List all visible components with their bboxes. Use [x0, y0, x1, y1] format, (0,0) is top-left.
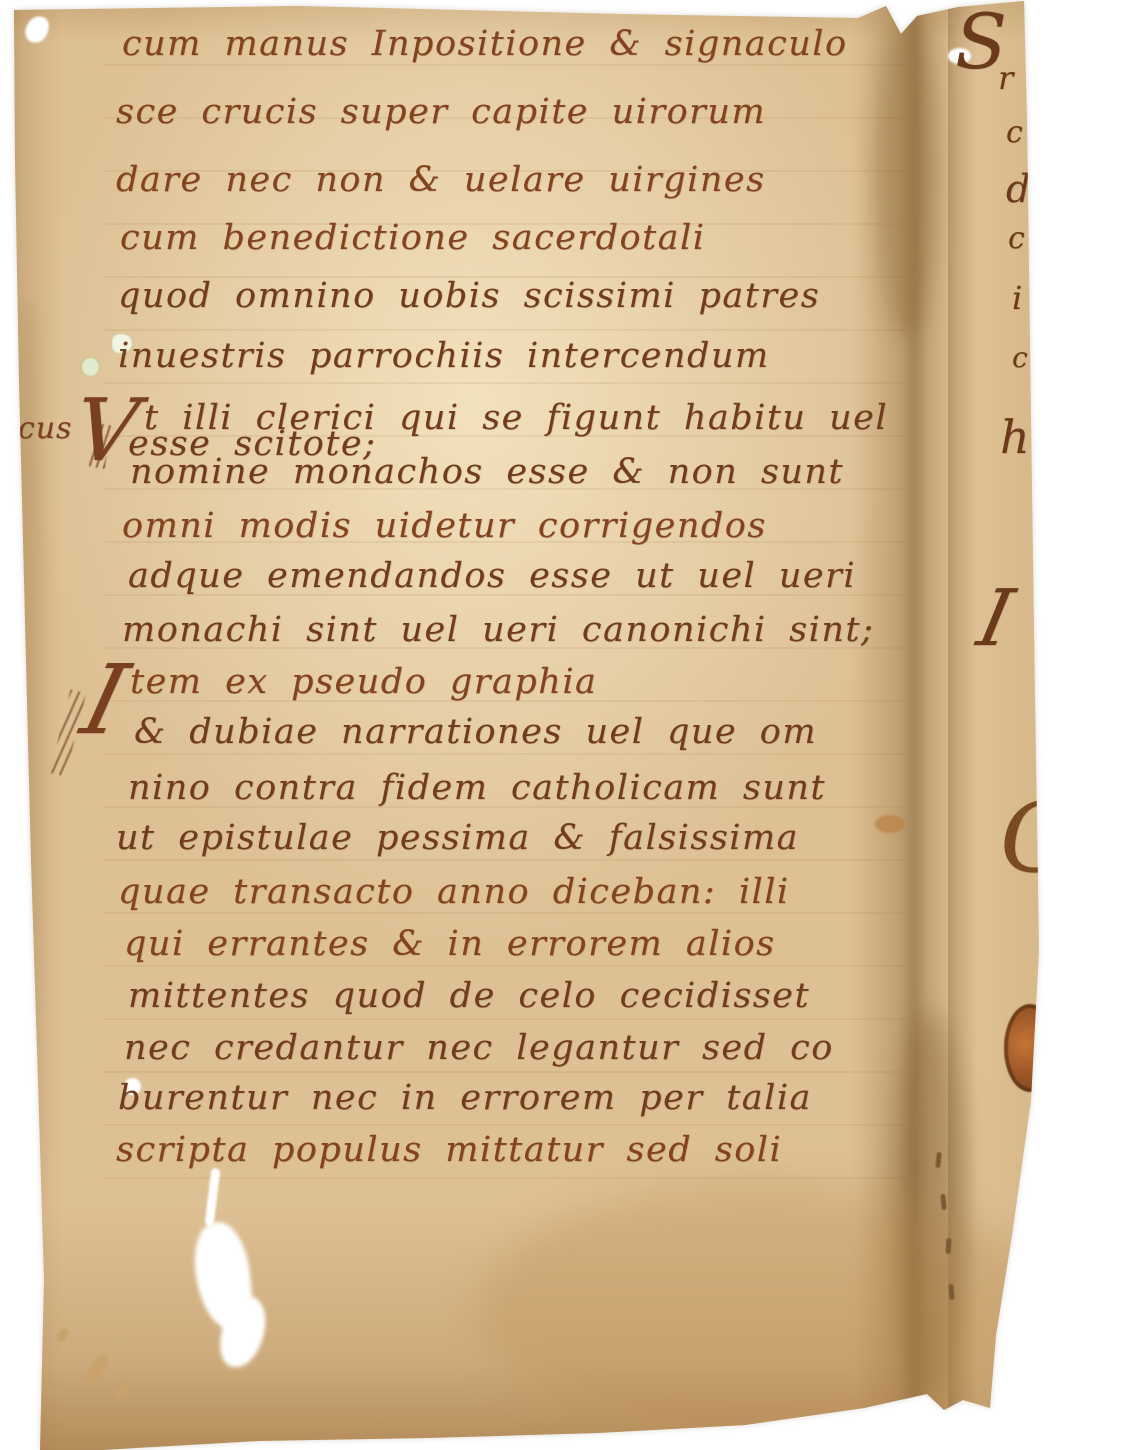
stitch-4 — [948, 1284, 954, 1300]
manuscript-line: quod omnino uobis scissimi patres — [118, 276, 820, 316]
damage-speck-green-1 — [82, 358, 99, 376]
manuscript-photo: ricus V I cum manus Inpositione & signac… — [0, 0, 1125, 1450]
stain-bottom-warm — [480, 1180, 1040, 1440]
facing-fragment-letter: r — [998, 62, 1013, 94]
facing-fragment-letter: d — [1006, 170, 1030, 208]
manuscript-line: scripta populus mittatur sed soli — [116, 1130, 782, 1170]
manuscript-line: adque emendandos esse ut uel ueri — [128, 556, 856, 596]
manuscript-line: t illi clerici qui se figunt habitu uel — [144, 398, 888, 438]
facing-fragment-letter: c — [1008, 224, 1025, 254]
facing-fragment-letter: G — [1000, 790, 1077, 886]
stain-bottom-left-dash-2 — [113, 1377, 134, 1401]
manuscript-line: tem ex pseudo graphia — [130, 662, 597, 702]
manuscript-line: mittentes quod de celo cecidisset — [128, 976, 810, 1016]
facing-rubric-initial-fragment — [1004, 1004, 1056, 1092]
marginal-note: ricus — [0, 414, 72, 444]
page-shadow: ricus V I cum manus Inpositione & signac… — [0, 0, 1125, 1450]
manuscript-line: quae transacto anno diceban: illi — [118, 872, 790, 912]
damage-hole-top-left — [23, 14, 51, 46]
manuscript-line: burentur nec in errorem per talia — [118, 1078, 812, 1118]
manuscript-line: nomine monachos esse & non sunt — [130, 452, 844, 492]
stain-line16-blot — [875, 815, 905, 833]
stain-bottom-left-dash-1 — [82, 1351, 113, 1387]
facing-fragment-letter: i — [1012, 282, 1022, 314]
stain-bottom-left-dot — [55, 1327, 70, 1344]
facing-fragment-letter: h — [1000, 414, 1030, 460]
manuscript-line: inuestris parrochiis intercendum — [118, 336, 770, 376]
manuscript-line: ut epistulae pessima & falsissima — [116, 818, 799, 858]
manuscript-line: omni modis uidetur corrigendos — [122, 506, 767, 546]
manuscript-line: & dubiae narrationes uel que om — [134, 712, 817, 752]
facing-fragment-letter: c — [1006, 118, 1023, 148]
manuscript-line: nino contra fidem catholicam sunt — [128, 768, 826, 808]
manuscript-line: sce crucis super capite uirorum — [116, 92, 766, 132]
manuscript-line: nec credantur nec legantur sed co — [124, 1028, 834, 1068]
facing-fragment-letter: c — [1012, 344, 1028, 372]
manuscript-line: monachi sint uel ueri canonichi sint; — [122, 610, 874, 650]
stain-top-gutter — [876, 8, 938, 338]
manuscript-line: qui errantes & in errorem alios — [124, 924, 776, 964]
manuscript-line: dare nec non & uelare uirgines — [116, 160, 766, 200]
manuscript-line: cum manus Inpositione & signaculo — [122, 24, 848, 64]
manuscript-line: cum benedictione sacerdotali — [120, 218, 705, 258]
parchment-page: ricus V I cum manus Inpositione & signac… — [0, 0, 1125, 1450]
